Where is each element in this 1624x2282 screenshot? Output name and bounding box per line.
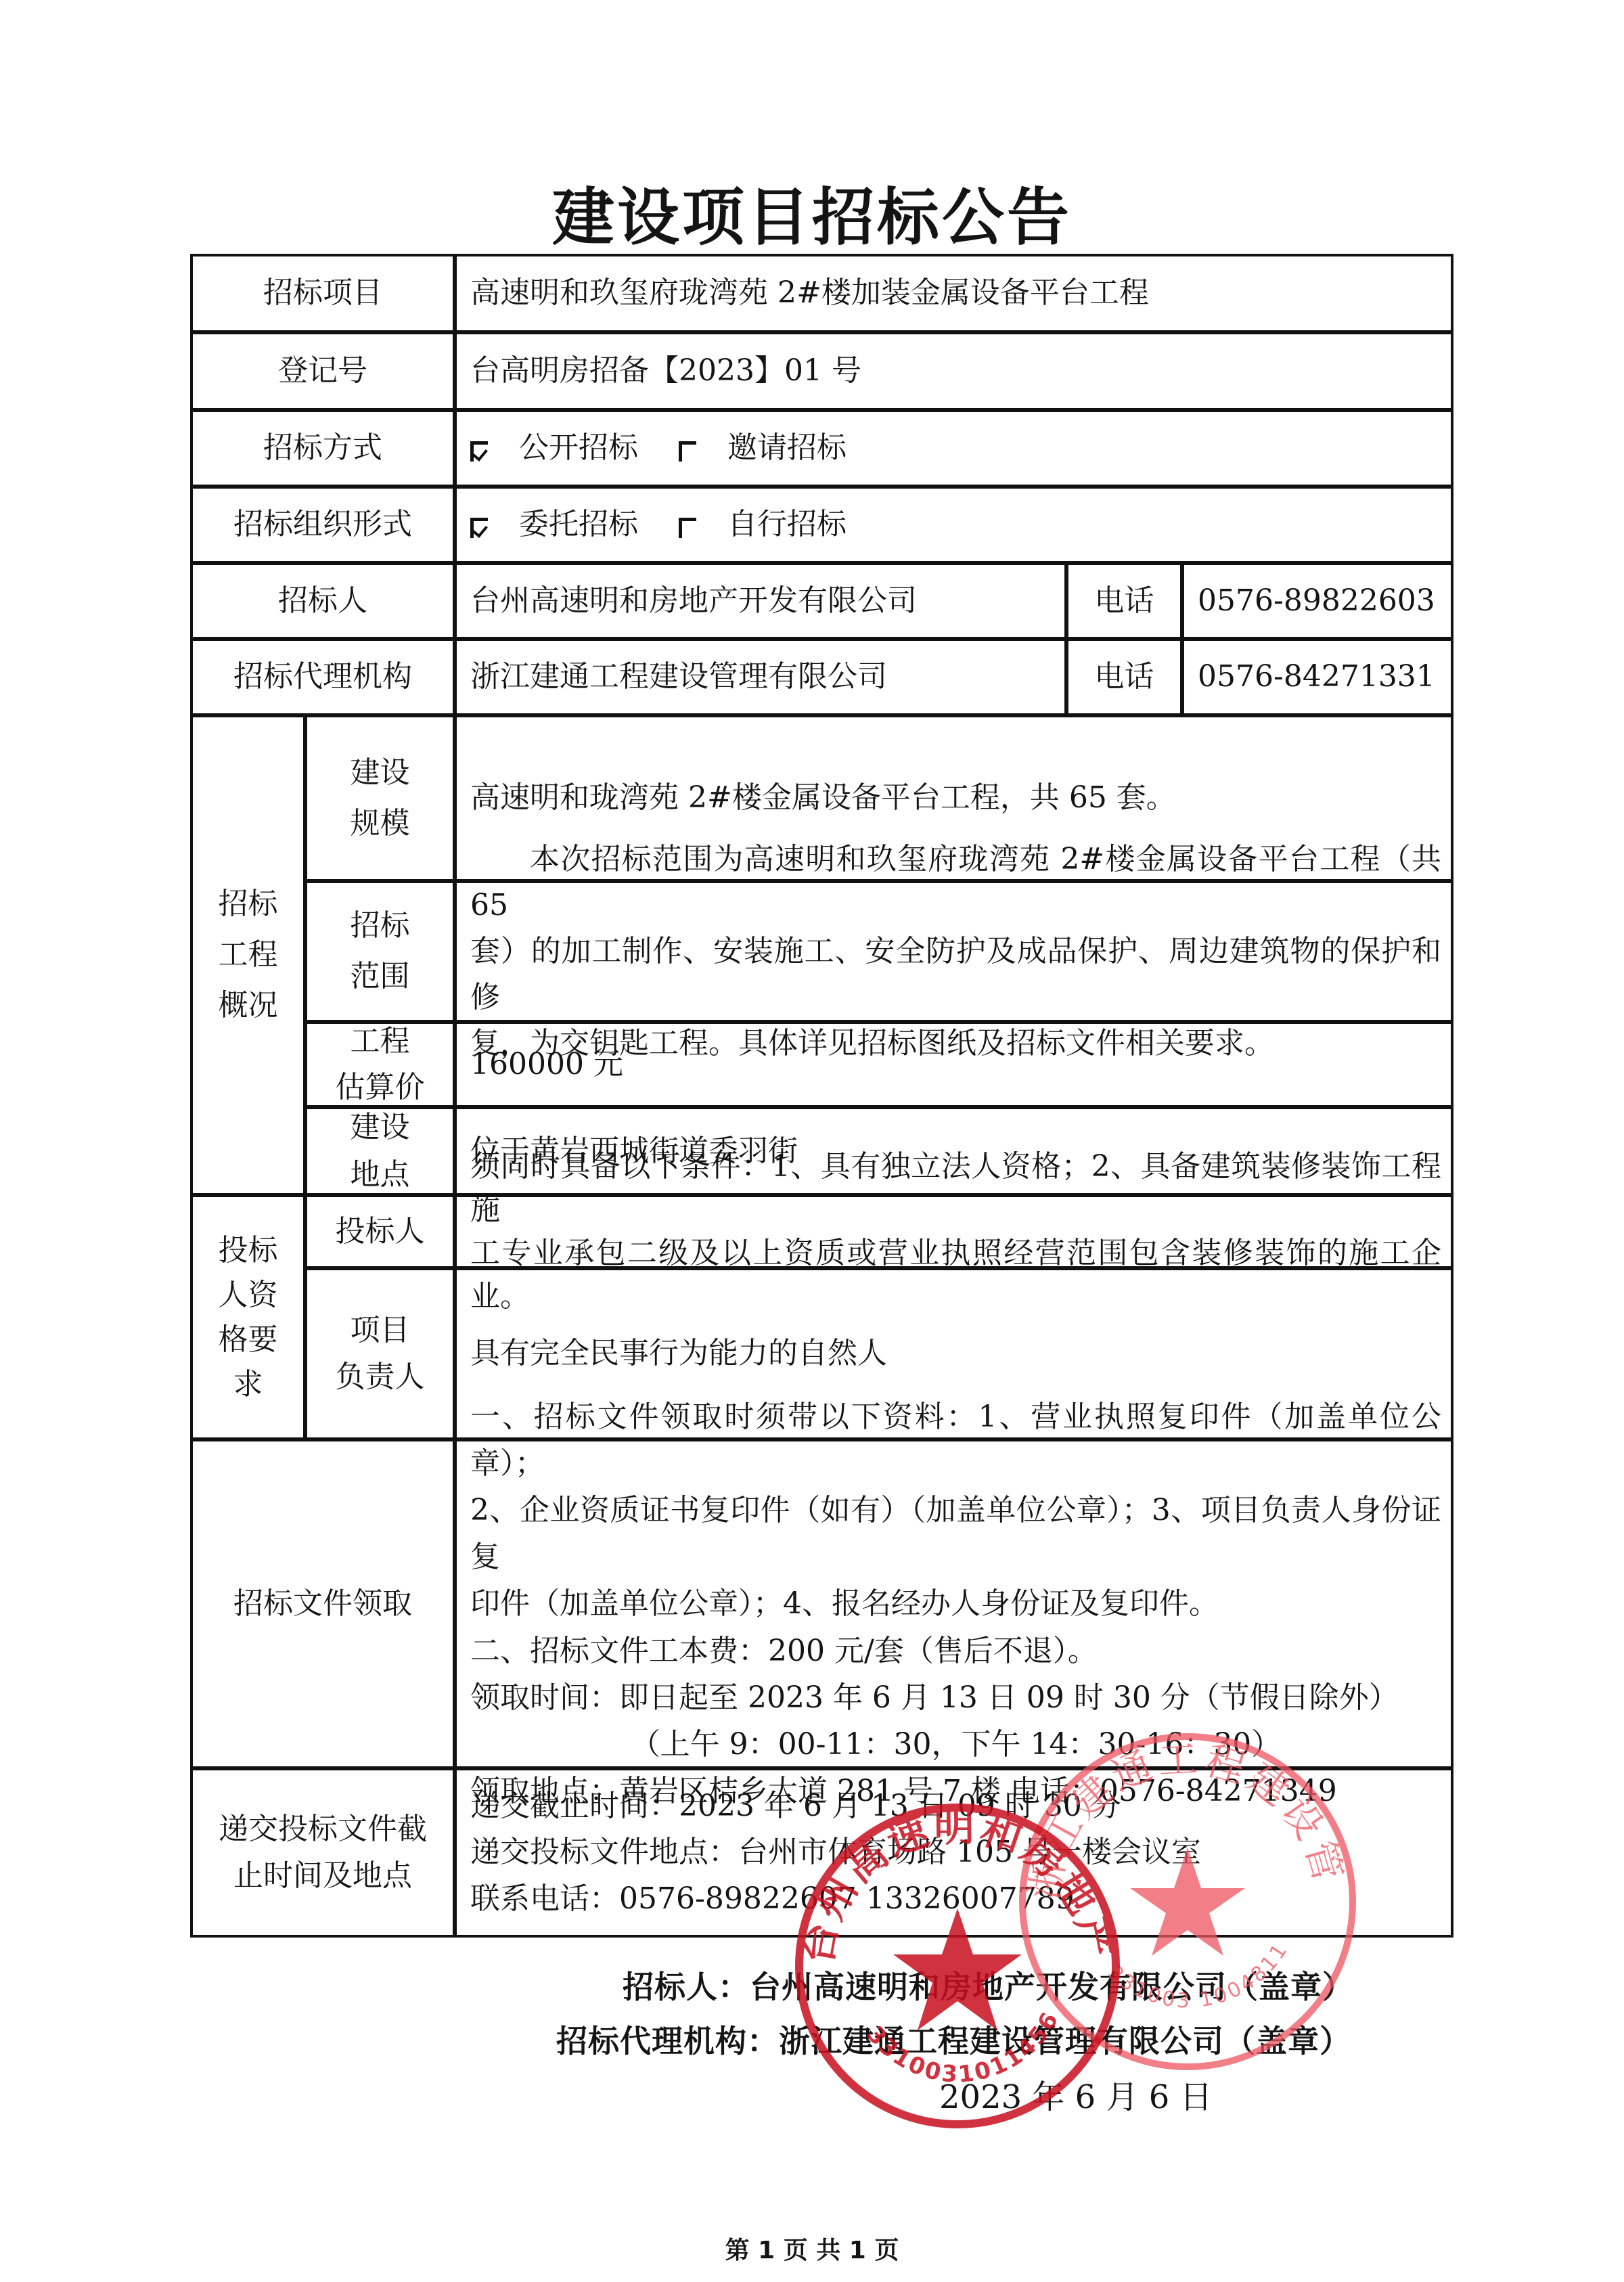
agency-value-cell: 浙江建通工程建设管理有限公司	[454, 638, 1067, 716]
tenderer-phone-cell: 0576-89822603	[1181, 562, 1453, 640]
registration-label: 登记号	[278, 348, 367, 394]
project-label-cell: 招标项目	[190, 254, 455, 333]
bidder-label-cell: 投标人	[304, 1194, 455, 1269]
submission-label-1: 递交投标文件截	[219, 1806, 427, 1852]
project-value: 高速明和玖玺府珑湾苑 2#楼加装金属设备平台工程	[470, 270, 1149, 316]
project-value-cell: 高速明和玖玺府珑湾苑 2#楼加装金属设备平台工程	[454, 254, 1453, 333]
agency-label: 招标代理机构	[233, 654, 412, 700]
tenderer-phone: 0576-89822603	[1198, 578, 1435, 624]
scope-line-1: 本次招标范围为高速明和玖玺府珑湾苑 2#楼金属设备平台工程（共 65	[470, 836, 1441, 929]
method-label: 招标方式	[263, 425, 382, 471]
qualification-group-label-2: 人资	[219, 1273, 278, 1318]
bidder-line-1: 须同时具备以下条件：1、具有独立法人资格；2、具备建筑装修装饰工程施	[470, 1145, 1441, 1232]
agency-value: 浙江建通工程建设管理有限公司	[470, 654, 887, 700]
page-footer: 第 1 页 共 1 页	[0, 2231, 1624, 2266]
bidder-value-cell: 须同时具备以下条件：1、具有独立法人资格；2、具备建筑装修装饰工程施 工专业承包…	[454, 1194, 1453, 1269]
checkbox-public-tender[interactable]	[470, 441, 488, 462]
documents-line-2: 2、企业资质证书复印件（如有）（加盖单位公章）；3、项目负责人身份证复	[470, 1487, 1441, 1580]
location-label-1: 建设	[351, 1104, 410, 1151]
agency-phone-label-cell: 电话	[1066, 638, 1183, 716]
qualification-group-label-4: 求	[233, 1362, 263, 1407]
tenderer-signature: 招标人：台州高速明和房地产开发有限公司（盖章）	[623, 1963, 1354, 2007]
registration-label-cell: 登记号	[190, 332, 455, 411]
organization-label-cell: 招标组织形式	[190, 486, 455, 564]
estimate-label-cell: 工程 估算价	[304, 1021, 455, 1108]
submission-phone: 联系电话：0576-89822607 13326007789	[470, 1876, 1201, 1922]
documents-line-5: 领取时间：即日起至 2023 年 6 月 13 日 09 时 30 分（节假日除…	[470, 1674, 1441, 1721]
documents-label: 招标文件领取	[233, 1581, 412, 1627]
option-entrusted-tender: 委托招标	[519, 501, 638, 547]
documents-hours: （上午 9：00-11：30，下午 14：30-16：30）	[470, 1721, 1441, 1768]
organization-label: 招标组织形式	[233, 501, 412, 547]
option-self-tender: 自行招标	[727, 501, 847, 547]
qualification-group-label-3: 格要	[219, 1318, 278, 1362]
tenderer-value-cell: 台州高速明和房地产开发有限公司	[454, 562, 1067, 640]
option-invited-tender: 邀请招标	[727, 425, 847, 471]
scale-label-1: 建设	[351, 748, 410, 799]
project-label: 招标项目	[263, 270, 382, 316]
manager-label-2: 负责人	[336, 1354, 425, 1400]
registration-value-cell: 台高明房招备【2023】01 号	[454, 332, 1453, 411]
documents-label-cell: 招标文件领取	[190, 1439, 455, 1769]
option-public-tender: 公开招标	[519, 425, 638, 471]
agency-signature: 招标代理机构：浙江建通工程建设管理有限公司（盖章）	[556, 2017, 1351, 2061]
tenderer-phone-label-cell: 电话	[1066, 562, 1183, 640]
checkbox-entrusted-tender[interactable]	[470, 518, 488, 538]
registration-value: 台高明房招备【2023】01 号	[470, 348, 861, 394]
organization-value-cell: 委托招标 自行招标	[454, 486, 1453, 564]
documents-value-cell: 一、招标文件领取时须带以下资料：1、营业执照复印件（加盖单位公章）； 2、企业资…	[454, 1439, 1453, 1769]
qualification-group-cell: 投标 人资 格要 求	[190, 1194, 306, 1440]
agency-phone-cell: 0576-84271331	[1181, 638, 1453, 716]
scope-label-2: 范围	[351, 952, 410, 1002]
agency-phone: 0576-84271331	[1198, 654, 1435, 700]
scale-label-2: 规模	[351, 799, 410, 849]
submission-label-cell: 递交投标文件截 止时间及地点	[190, 1768, 455, 1938]
documents-line-3: 印件（加盖单位公章）；4、报名经办人身份证及复印件。	[470, 1580, 1441, 1627]
submission-label-2: 止时间及地点	[233, 1853, 412, 1899]
documents-line-4: 二、招标文件工本费：200 元/套（售后不退）。	[470, 1628, 1441, 1674]
submission-place: 递交投标文件地点：台州市体育场路 105 号一楼会议室	[470, 1829, 1201, 1875]
qualification-group-label-1: 投标	[219, 1228, 278, 1273]
page-title: 建设项目招标公告	[0, 168, 1624, 257]
scope-line-2: 套）的加工制作、安装施工、安全防护及成品保护、周边建筑物的保护和修	[470, 929, 1441, 1021]
tenderer-label: 招标人	[278, 578, 367, 624]
estimate-value-cell: 160000 元	[454, 1021, 1453, 1108]
documents-line-1: 一、招标文件领取时须带以下资料：1、营业执照复印件（加盖单位公章）；	[470, 1393, 1441, 1487]
agency-label-cell: 招标代理机构	[190, 638, 455, 716]
location-label-cell: 建设 地点	[304, 1106, 455, 1196]
manager-label-cell: 项目 负责人	[304, 1268, 455, 1440]
scope-label-1: 招标	[351, 901, 410, 952]
checkbox-invited-tender[interactable]	[679, 441, 696, 462]
overview-group-cell: 招标 工程 概况	[190, 715, 306, 1196]
scale-label-cell: 建设 规模	[304, 715, 455, 882]
overview-group-label-2: 工程	[219, 930, 278, 981]
manager-value: 具有完全民事行为能力的自然人	[470, 1330, 887, 1377]
submission-value-cell: 递交截止时间：2023 年 6 月 13 日 09 时 30 分 递交投标文件地…	[454, 1768, 1453, 1938]
tenderer-value: 台州高速明和房地产开发有限公司	[470, 578, 917, 624]
scope-label-cell: 招标 范围	[304, 880, 455, 1023]
method-label-cell: 招标方式	[190, 409, 455, 487]
signature-date: 2023 年 6 月 6 日	[939, 2071, 1213, 2118]
agency-phone-label: 电话	[1095, 654, 1154, 700]
scope-value-cell: 本次招标范围为高速明和玖玺府珑湾苑 2#楼金属设备平台工程（共 65 套）的加工…	[454, 880, 1453, 1023]
estimate-label-1: 工程	[351, 1019, 410, 1065]
overview-group-label-3: 概况	[219, 981, 278, 1031]
bidder-label: 投标人	[336, 1209, 425, 1255]
submission-deadline: 递交截止时间：2023 年 6 月 13 日 09 时 30 分	[470, 1783, 1201, 1829]
scale-value: 高速明和珑湾苑 2#楼金属设备平台工程，共 65 套。	[470, 775, 1176, 821]
overview-group-label-1: 招标	[219, 879, 278, 930]
location-label-2: 地点	[351, 1151, 410, 1199]
estimate-value: 160000 元	[470, 1042, 623, 1088]
method-value-cell: 公开招标 邀请招标	[454, 409, 1453, 487]
manager-label-1: 项目	[351, 1307, 410, 1353]
tenderer-phone-label: 电话	[1095, 578, 1154, 624]
checkbox-self-tender[interactable]	[679, 518, 696, 538]
tenderer-label-cell: 招标人	[190, 562, 455, 640]
